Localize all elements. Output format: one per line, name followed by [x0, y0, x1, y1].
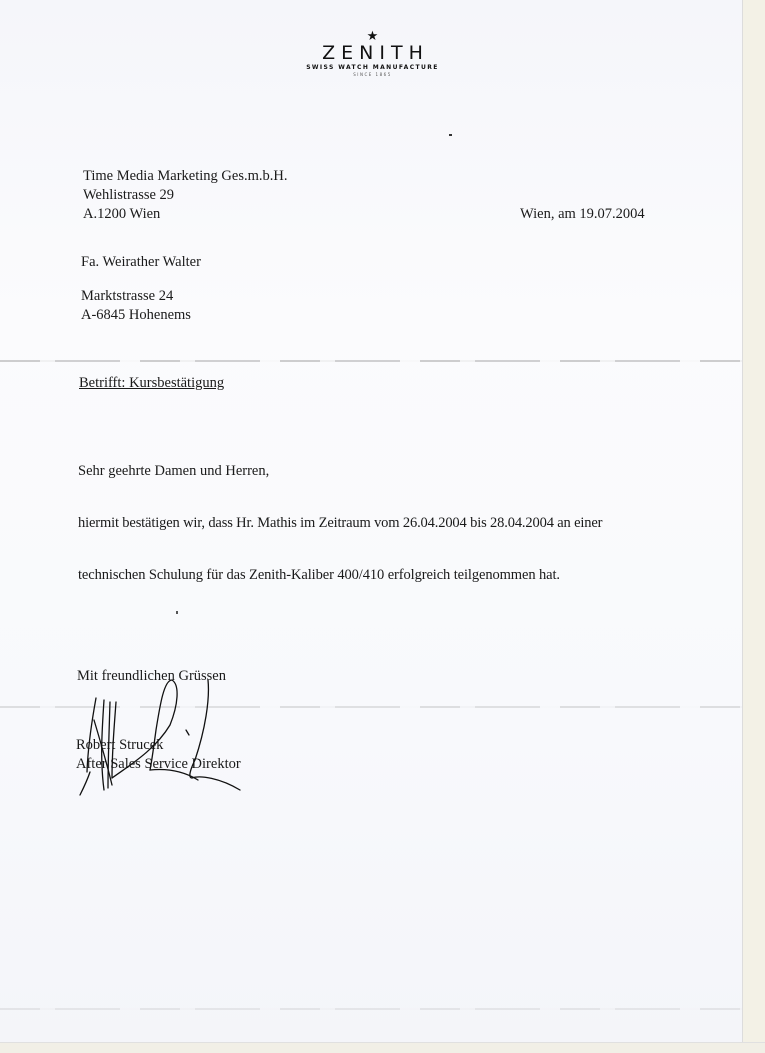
sender-company: Time Media Marketing Ges.m.b.H.	[83, 167, 287, 186]
handwritten-signature	[60, 660, 260, 800]
salutation: Sehr geehrte Damen und Herren,	[78, 462, 269, 481]
sender-city: A.1200 Wien	[83, 205, 287, 224]
page-bottom-edge	[0, 1042, 765, 1053]
scan-speck	[176, 611, 178, 614]
sender-address: Time Media Marketing Ges.m.b.H. Wehlistr…	[83, 167, 287, 224]
scan-speck	[449, 134, 452, 136]
letter-date: Wien, am 19.07.2004	[520, 205, 645, 224]
body-paragraph-line: technischen Schulung für das Zenith-Kali…	[78, 566, 560, 585]
brand-since: SINCE 1865	[300, 72, 445, 78]
recipient-address: Marktstrasse 24 A-6845 Hohenems	[81, 287, 191, 325]
page-right-edge	[742, 0, 765, 1053]
recipient-name: Fa. Weirather Walter	[81, 253, 201, 272]
recipient-street: Marktstrasse 24	[81, 287, 191, 306]
brand-name: ZENITH	[306, 43, 445, 63]
sender-street: Wehlistrasse 29	[83, 186, 287, 205]
body-paragraph-line: hiermit bestätigen wir, dass Hr. Mathis …	[78, 514, 602, 533]
zenith-logo: ★ ZENITH SWISS WATCH MANUFACTURE SINCE 1…	[300, 30, 445, 78]
paper-fold-line	[0, 1008, 742, 1010]
brand-tagline: SWISS WATCH MANUFACTURE	[300, 63, 445, 72]
recipient-city: A-6845 Hohenems	[81, 306, 191, 325]
paper-fold-line	[0, 360, 742, 362]
subject-line: Betrifft: Kursbestätigung	[79, 374, 224, 393]
